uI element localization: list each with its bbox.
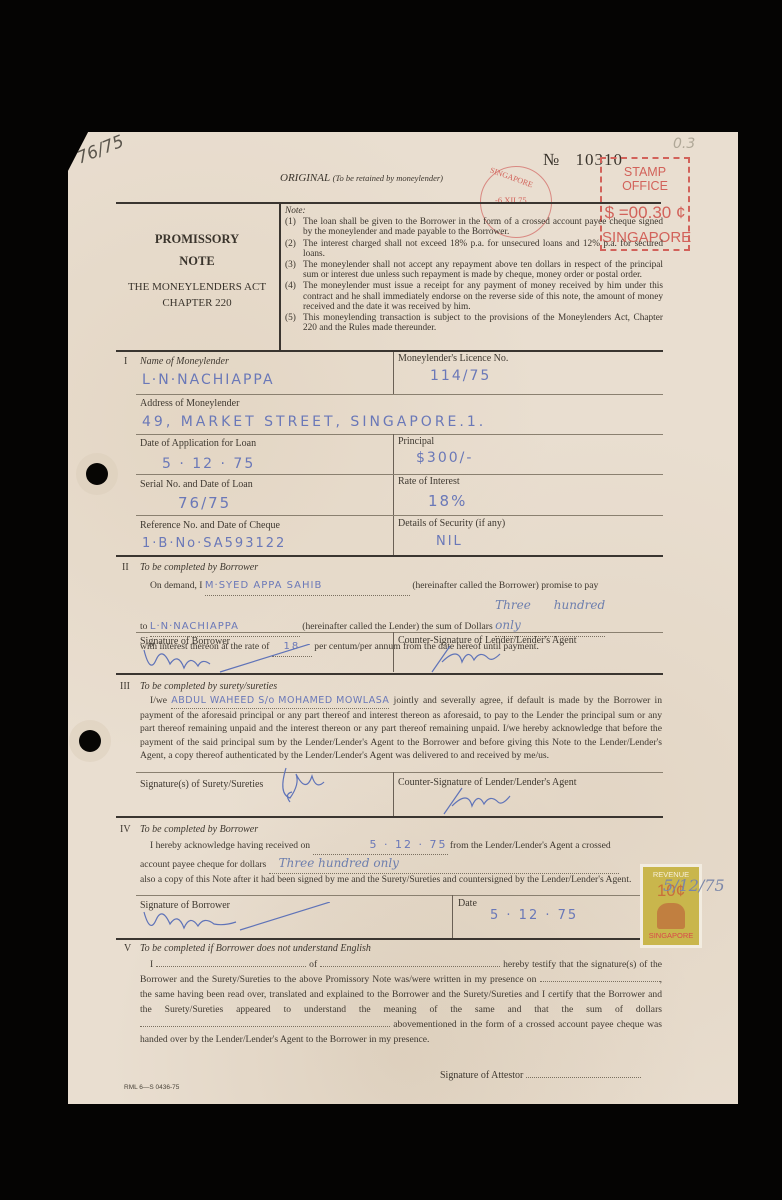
section4-numeral: IV xyxy=(120,824,131,835)
note-text: The moneylender must issue a receipt for… xyxy=(303,281,663,312)
note-item: (5)This moneylending transaction is subj… xyxy=(285,313,663,333)
text: (hereinafter called the Borrower) promis… xyxy=(412,580,598,591)
row-rule xyxy=(136,434,663,435)
section5-numeral: V xyxy=(124,943,131,954)
postmark-top: SINGAPORE xyxy=(489,166,534,190)
lender-countersignature[interactable] xyxy=(428,640,508,674)
meter-top: STAMP OFFICE xyxy=(602,165,688,193)
stamp-cancel-mark: 5/12/75 xyxy=(663,876,725,895)
text: on xyxy=(527,974,537,985)
notes-heading: Note: xyxy=(285,206,663,216)
text: to xyxy=(140,621,147,632)
notes-block: Note: (1)The loan shall be given to the … xyxy=(285,206,663,333)
note-num: (3) xyxy=(285,260,303,280)
app-date-label: Date of Application for Loan xyxy=(140,438,256,449)
section3-heading: To be completed by surety/sureties xyxy=(140,681,277,692)
rate-label: Rate of Interest xyxy=(398,476,460,487)
section3-top-rule xyxy=(116,673,663,675)
serial-field[interactable]: 76/75 xyxy=(178,494,231,512)
text: also a copy of this Note after it had be… xyxy=(140,874,640,885)
text: I/we xyxy=(140,695,167,706)
divider xyxy=(393,772,394,816)
principal-label: Principal xyxy=(398,436,434,447)
original-label: ORIGINAL (To be retained by moneylender) xyxy=(280,172,443,184)
title-line2: NOTE xyxy=(116,254,278,269)
section3-numeral: III xyxy=(120,681,130,692)
borrower-signature-2[interactable] xyxy=(140,902,330,938)
attest-amount-field[interactable] xyxy=(140,1026,390,1027)
note-text: The loan shall be given to the Borrower … xyxy=(303,217,663,237)
attest-date-field[interactable] xyxy=(540,981,660,982)
note-text: This moneylending transaction is subject… xyxy=(303,313,663,333)
principal-field[interactable]: $300/- xyxy=(416,450,473,466)
note-item: (4)The moneylender must issue a receipt … xyxy=(285,281,663,312)
attestor-signature-row: Signature of Attestor xyxy=(440,1070,641,1081)
act-name: THE MONEYLENDERS ACT xyxy=(116,281,278,293)
row-rule xyxy=(136,474,663,475)
promissory-note-paper: 76/75 0.3 ORIGINAL (To be retained by mo… xyxy=(68,132,738,1104)
note-item: (3)The moneylender shall not accept any … xyxy=(285,260,663,280)
licence-label: Moneylender's Licence No. xyxy=(398,353,508,364)
section1-top-rule xyxy=(116,350,663,352)
punch-hole-bottom xyxy=(79,730,101,752)
number-prefix: № xyxy=(543,150,559,169)
text: (hereinafter called the Lender) the sum … xyxy=(302,621,492,632)
attestor-address-field[interactable] xyxy=(320,966,500,967)
act-chapter: CHAPTER 220 xyxy=(116,297,278,309)
lion-crest-icon xyxy=(657,903,685,929)
original-text: ORIGINAL xyxy=(280,172,330,184)
signature-scribble-icon xyxy=(428,640,508,674)
section2-top-rule xyxy=(116,555,663,557)
note-item: (2)The interest charged shall not exceed… xyxy=(285,239,663,259)
note-text: The moneylender shall not accept any rep… xyxy=(303,260,663,280)
row-rule xyxy=(136,632,663,633)
section4-top-rule xyxy=(116,816,663,818)
moneylender-name-field[interactable]: L·N·NACHIAPPA xyxy=(142,372,275,388)
cheque-label: Reference No. and Date of Cheque xyxy=(140,520,280,531)
divider xyxy=(393,434,394,556)
borrower-name-field[interactable]: M·SYED APPA SAHIB xyxy=(205,580,322,591)
original-note: (To be retained by moneylender) xyxy=(333,173,443,183)
text: I hereby acknowledge having received on xyxy=(150,840,310,851)
divider xyxy=(393,352,394,394)
text: account payee cheque for dollars xyxy=(140,859,266,870)
received-amount-field[interactable]: Three hundred only xyxy=(269,856,399,870)
row-rule xyxy=(136,895,641,896)
title-divider xyxy=(279,204,281,352)
form-code: RML 6—S 0436-75 xyxy=(124,1084,179,1091)
rate-field[interactable]: 18% xyxy=(428,492,467,510)
attestor-signature-field[interactable] xyxy=(526,1077,641,1078)
note-num: (2) xyxy=(285,239,303,259)
licence-field[interactable]: 114/75 xyxy=(430,368,491,384)
attestor-name-field[interactable] xyxy=(156,966,306,967)
text: and that the sum of dollars xyxy=(508,1004,662,1015)
section5-top-rule xyxy=(116,938,643,940)
section5-text: I of hereby testify that the signature(s… xyxy=(140,957,662,1047)
note-num: (4) xyxy=(285,281,303,312)
note-item: (1)The loan shall be given to the Borrow… xyxy=(285,217,663,237)
signature-scribble-icon xyxy=(140,902,330,938)
section4-heading: To be completed by Borrower xyxy=(140,824,258,835)
text: On demand, I xyxy=(150,580,203,591)
text: abovementioned in the form of a crossed … xyxy=(140,1019,662,1045)
section2-numeral: II xyxy=(122,562,129,573)
address-label: Address of Moneylender xyxy=(140,398,239,409)
lender-countersignature-2[interactable] xyxy=(440,784,520,816)
surety-signature[interactable] xyxy=(276,764,336,806)
name-label: Name of Moneylender xyxy=(140,356,229,367)
received-date-field[interactable]: 5 · 12 · 75 xyxy=(370,838,448,851)
section5-heading: To be completed if Borrower does not und… xyxy=(140,943,371,954)
row-rule xyxy=(136,772,663,773)
punch-hole-top xyxy=(86,463,108,485)
pencil-serial-mark: 76/75 xyxy=(74,132,127,169)
section3-text: I/we ABDUL WAHEED S/o MOHAMED MOWLASA jo… xyxy=(140,694,662,763)
surety-name-field[interactable]: ABDUL WAHEED S/o MOHAMED MOWLASA xyxy=(171,695,389,706)
row-rule xyxy=(136,394,663,395)
pencil-corner-mark: 0.3 xyxy=(673,136,695,152)
serial-label: Serial No. and Date of Loan xyxy=(140,479,253,490)
attestor-label: Signature of Attestor xyxy=(440,1070,523,1081)
signature-date-field[interactable]: 5 · 12 · 75 xyxy=(490,908,578,923)
text: I xyxy=(140,959,153,970)
title-block: PROMISSORY NOTE THE MONEYLENDERS ACT CHA… xyxy=(116,204,278,350)
note-num: (1) xyxy=(285,217,303,237)
section2-heading: To be completed by Borrower xyxy=(140,562,258,573)
address-field[interactable]: 49, MARKET STREET, SINGAPORE.1. xyxy=(142,414,486,430)
note-num: (5) xyxy=(285,313,303,333)
row-rule xyxy=(136,515,663,516)
cheque-field[interactable]: 1·B·No·SA593122 xyxy=(142,536,286,551)
section4-text: I hereby acknowledge having received on … xyxy=(140,837,640,885)
text: of xyxy=(309,959,317,970)
title-line1: PROMISSORY xyxy=(116,232,278,247)
borrower-signature[interactable] xyxy=(140,644,310,674)
text: from the Lender/Lender's Agent a crossed xyxy=(450,840,611,851)
section1-numeral: I xyxy=(124,356,127,367)
app-date-field[interactable]: 5 · 12 · 75 xyxy=(162,456,255,472)
sig-surety-label: Signature(s) of Surety/Sureties xyxy=(140,779,263,790)
signature-scribble-icon xyxy=(440,784,520,816)
security-field[interactable]: NIL xyxy=(436,534,463,549)
amount-words-field[interactable]: Three hundred only xyxy=(495,598,605,632)
divider xyxy=(393,632,394,672)
divider xyxy=(452,895,453,938)
date-label: Date xyxy=(458,898,477,909)
security-label: Details of Security (if any) xyxy=(398,518,505,529)
revenue-bottom: SINGAPORE xyxy=(643,931,699,940)
signature-scribble-icon xyxy=(276,764,336,806)
lender-name-field[interactable]: L·N·NACHIAPPA xyxy=(150,621,239,632)
note-text: The interest charged shall not exceed 18… xyxy=(303,239,663,259)
